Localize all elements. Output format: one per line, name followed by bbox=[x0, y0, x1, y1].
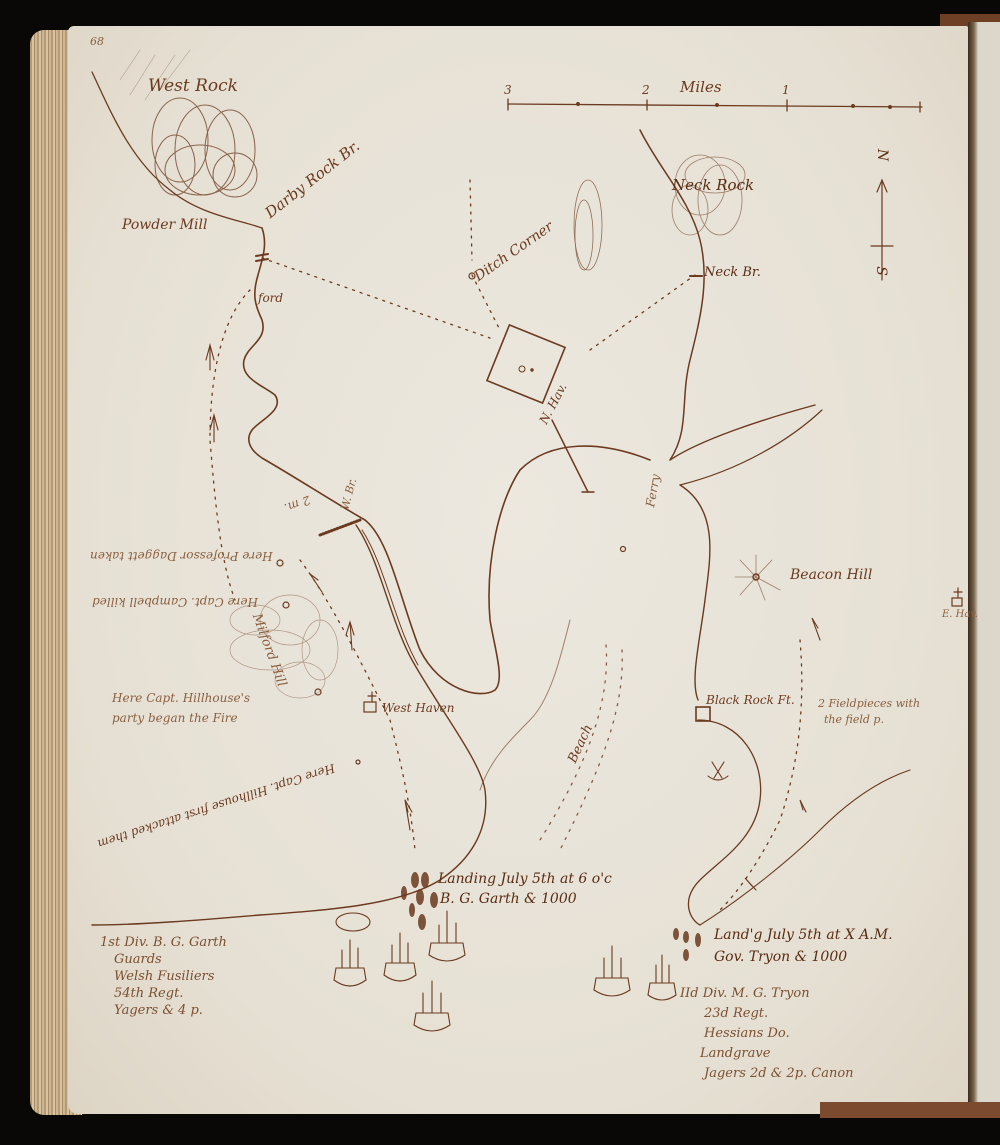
label-black-rock-fort: Black Rock Ft. bbox=[706, 694, 795, 706]
landing-second-line1: Land'g July 5th at X A.M. bbox=[714, 928, 893, 942]
landing-first-line2: B. G. Garth & 1000 bbox=[440, 892, 577, 906]
compass-arrow-icon bbox=[871, 180, 893, 280]
label-east-haven: E. Hav. bbox=[942, 610, 978, 620]
second-division-line: Jagers 2d & 2p. Canon bbox=[680, 1064, 854, 1084]
label-west-haven: West Haven bbox=[382, 702, 454, 714]
church-icons bbox=[364, 588, 962, 712]
note-field-pieces-line2: the field p. bbox=[824, 714, 884, 725]
scale-bar-graphic bbox=[508, 99, 922, 112]
second-division-line: Landgrave bbox=[680, 1044, 854, 1064]
page-number: 68 bbox=[90, 36, 104, 47]
first-division-line: 1st Div. B. G. Garth bbox=[100, 934, 227, 951]
note-field-pieces: 2 Fieldpieces with bbox=[818, 698, 920, 709]
bridge-icons bbox=[256, 254, 702, 535]
first-division-list: 1st Div. B. G. Garth Guards Welsh Fusili… bbox=[100, 934, 227, 1019]
label-beacon-hill: Beacon Hill bbox=[790, 568, 872, 582]
label-west-rock: West Rock bbox=[148, 78, 238, 95]
label-neck-rock: Neck Rock bbox=[672, 178, 754, 193]
note-professor-daggett: Here Professor Daggett taken bbox=[90, 550, 273, 562]
scale-bar-label: Miles bbox=[680, 80, 722, 95]
landing-second-line2: Gov. Tryon & 1000 bbox=[714, 950, 847, 964]
compass-south-label: S bbox=[874, 266, 888, 276]
landing-first-line1: Landing July 5th at 6 o'c bbox=[438, 872, 612, 886]
note-hillhouse-line2: party began the Fire bbox=[112, 712, 238, 724]
note-hillhouse-line1: Here Capt. Hillhouse's bbox=[112, 692, 250, 704]
first-division-line: Welsh Fusiliers bbox=[100, 968, 227, 985]
scale-tick-1: 1 bbox=[782, 84, 790, 96]
first-division-line: 54th Regt. bbox=[100, 985, 227, 1002]
west-rock-hill-icon bbox=[152, 98, 257, 197]
label-powder-mill: Powder Mill bbox=[122, 218, 207, 232]
first-division-line: Guards bbox=[100, 951, 227, 968]
second-division-line: Hessians Do. bbox=[680, 1024, 854, 1044]
first-division-line: Yagers & 4 p. bbox=[100, 1002, 227, 1019]
compass-north-label: N bbox=[875, 149, 889, 161]
second-division-list: IId Div. M. G. Tryon 23d Regt. Hessians … bbox=[680, 984, 854, 1084]
black-rock-fort-icon bbox=[696, 707, 710, 721]
second-division-line: 23d Regt. bbox=[680, 1004, 854, 1024]
second-division-line: IId Div. M. G. Tryon bbox=[680, 984, 854, 1004]
note-capt-campbell: Here Capt. Campbell killed bbox=[92, 596, 258, 608]
scale-tick-2: 2 bbox=[642, 84, 650, 96]
scale-tick-3: 3 bbox=[504, 84, 512, 96]
label-neck-bridge: Neck Br. bbox=[704, 266, 761, 279]
label-ford: ford bbox=[258, 292, 283, 304]
